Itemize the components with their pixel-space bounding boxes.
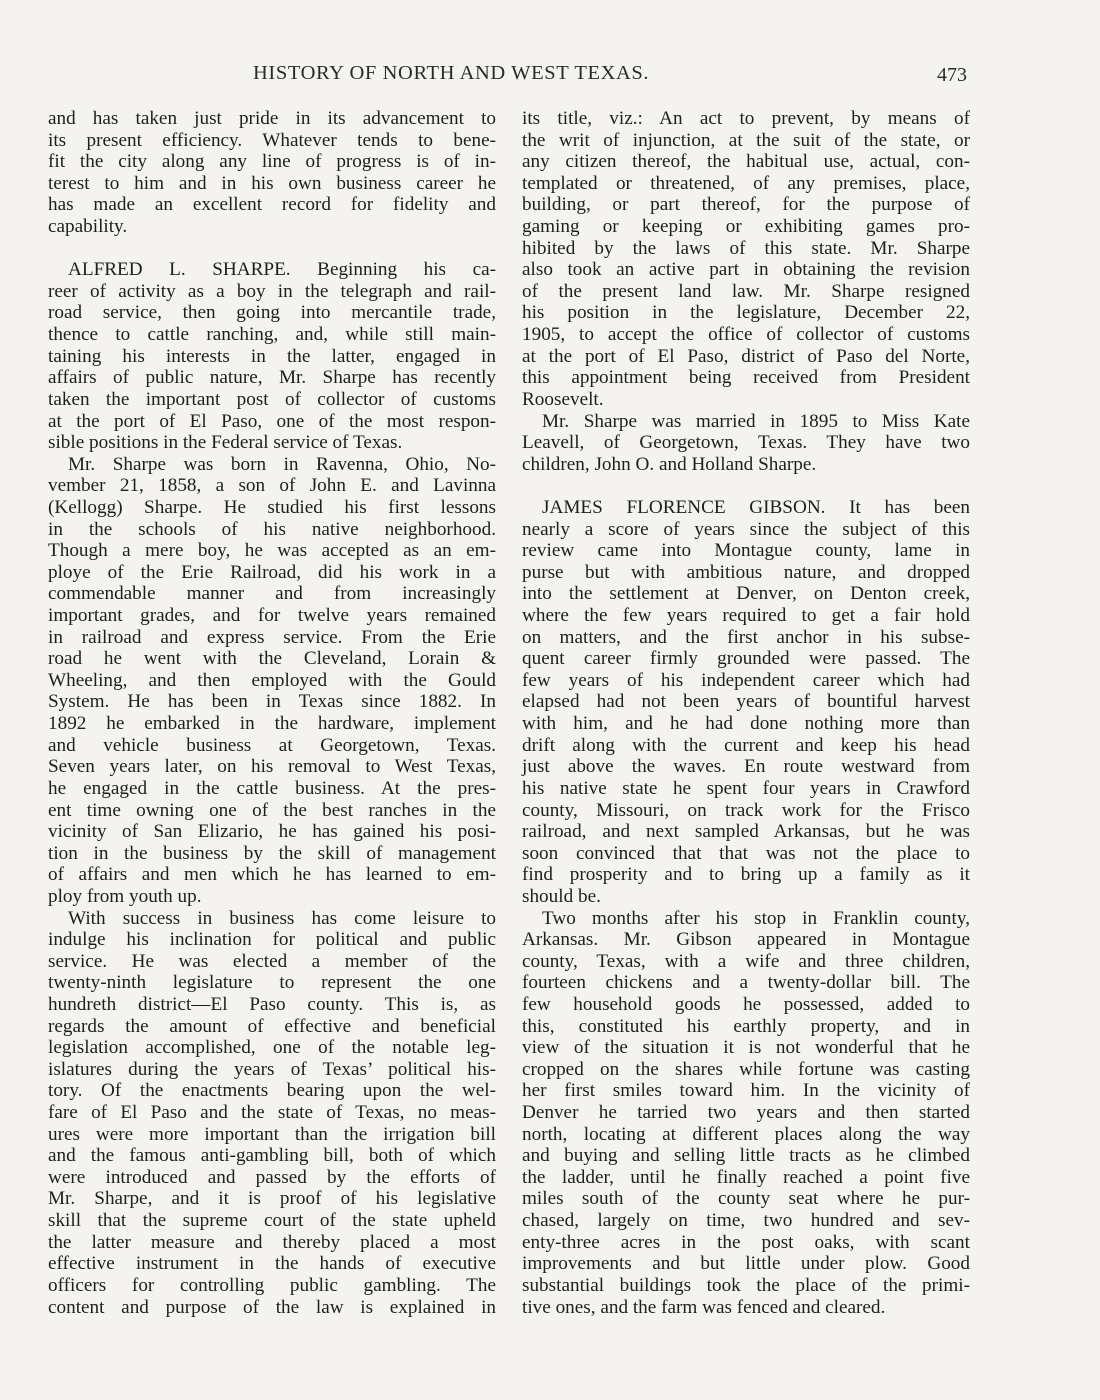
text-line: the writ of injunction, at the suit of t… bbox=[522, 130, 970, 152]
text-line: also took an active part in obtaining th… bbox=[522, 259, 970, 281]
text-line: Two months after his stop in Franklin co… bbox=[522, 908, 970, 930]
text-line: and buying and selling little tracts as … bbox=[522, 1145, 970, 1167]
running-title: HISTORY OF NORTH AND WEST TEXAS. bbox=[253, 62, 649, 85]
text-line: twenty-ninth legislature to represent th… bbox=[48, 972, 496, 994]
page-header: HISTORY OF NORTH AND WEST TEXAS. 473 bbox=[0, 62, 1100, 92]
text-line: service. He was elected a member of the bbox=[48, 951, 496, 973]
text-line: enty-three acres in the post oaks, with … bbox=[522, 1232, 970, 1254]
text-line: drift along with the current and keep hi… bbox=[522, 735, 970, 757]
text-line: (Kellogg) Sharpe. He studied his first l… bbox=[48, 497, 496, 519]
text-line: With success in business has come leisur… bbox=[48, 908, 496, 930]
text-line: vicinity of San Elizario, he has gained … bbox=[48, 821, 496, 843]
text-line: ALFRED L. SHARPE. Beginning his ca- bbox=[48, 259, 496, 281]
text-line: review came into Montague county, lame i… bbox=[522, 540, 970, 562]
text-line: into the settlement at Denver, on Denton… bbox=[522, 583, 970, 605]
text-line: sible positions in the Federal service o… bbox=[48, 432, 496, 454]
text-line: Roosevelt. bbox=[522, 389, 970, 411]
paragraph-gap bbox=[48, 238, 496, 260]
text-line: capability. bbox=[48, 216, 496, 238]
text-line: county, Missouri, on track work for the … bbox=[522, 800, 970, 822]
text-line: this appointment being received from Pre… bbox=[522, 367, 970, 389]
text-line: thence to cattle ranching, and, while st… bbox=[48, 324, 496, 346]
text-line: its title, viz.: An act to prevent, by m… bbox=[522, 108, 970, 130]
text-line: county, Texas, with a wife and three chi… bbox=[522, 951, 970, 973]
text-line: tory. Of the enactments bearing upon the… bbox=[48, 1080, 496, 1102]
text-line: officers for controlling public gambling… bbox=[48, 1275, 496, 1297]
text-line: road he went with the Cleveland, Lorain … bbox=[48, 648, 496, 670]
page-number: 473 bbox=[937, 64, 967, 87]
text-line: just above the waves. En route westward … bbox=[522, 756, 970, 778]
text-line: fit the city along any line of progress … bbox=[48, 151, 496, 173]
text-line: of the present land law. Mr. Sharpe resi… bbox=[522, 281, 970, 303]
text-line: 1892 he embarked in the hardware, implem… bbox=[48, 713, 496, 735]
text-line: building, or part thereof, for the purpo… bbox=[522, 194, 970, 216]
text-line: reer of activity as a boy in the telegra… bbox=[48, 281, 496, 303]
text-line: any citizen thereof, the habitual use, a… bbox=[522, 151, 970, 173]
paragraph-gap bbox=[522, 475, 970, 497]
text-line: few household goods he possessed, added … bbox=[522, 994, 970, 1016]
text-line: nearly a score of years since the subjec… bbox=[522, 519, 970, 541]
text-line: vember 21, 1858, a son of John E. and La… bbox=[48, 475, 496, 497]
text-line: terest to him and in his own business ca… bbox=[48, 173, 496, 195]
text-line: at the port of El Paso, one of the most … bbox=[48, 411, 496, 433]
text-line: tion in the business by the skill of man… bbox=[48, 843, 496, 865]
text-line: on matters, and the first anchor in his … bbox=[522, 627, 970, 649]
text-line: where the few years required to get a fa… bbox=[522, 605, 970, 627]
text-line: of affairs and men which he has learned … bbox=[48, 864, 496, 886]
text-line: her first smiles toward him. In the vici… bbox=[522, 1080, 970, 1102]
text-line: the latter measure and thereby placed a … bbox=[48, 1232, 496, 1254]
text-line: quent career firmly grounded were passed… bbox=[522, 648, 970, 670]
text-line: substantial buildings took the place of … bbox=[522, 1275, 970, 1297]
text-line: affairs of public nature, Mr. Sharpe has… bbox=[48, 367, 496, 389]
text-line: gaming or keeping or exhibiting games pr… bbox=[522, 216, 970, 238]
text-line: Leavell, of Georgetown, Texas. They have… bbox=[522, 432, 970, 454]
text-line: at the port of El Paso, district of Paso… bbox=[522, 346, 970, 368]
text-line: has made an excellent record for fidelit… bbox=[48, 194, 496, 216]
text-line: its present efficiency. Whatever tends t… bbox=[48, 130, 496, 152]
text-line: his native state he spent four years in … bbox=[522, 778, 970, 800]
text-line: taining his interests in the latter, eng… bbox=[48, 346, 496, 368]
text-line: improvements and but little under plow. … bbox=[522, 1253, 970, 1275]
text-line: and has taken just pride in its advancem… bbox=[48, 108, 496, 130]
text-line: Mr. Sharpe was married in 1895 to Miss K… bbox=[522, 411, 970, 433]
text-line: railroad, and next sampled Arkansas, but… bbox=[522, 821, 970, 843]
right-column: its title, viz.: An act to prevent, by m… bbox=[522, 108, 970, 1318]
text-line: regards the amount of effective and bene… bbox=[48, 1016, 496, 1038]
text-line: in railroad and express service. From th… bbox=[48, 627, 496, 649]
text-line: purse but with ambitious nature, and dro… bbox=[522, 562, 970, 584]
text-line: hibited by the laws of this state. Mr. S… bbox=[522, 238, 970, 260]
text-line: islatures during the years of Texas’ pol… bbox=[48, 1059, 496, 1081]
text-line: few years of his independent career whic… bbox=[522, 670, 970, 692]
text-line: System. He has been in Texas since 1882.… bbox=[48, 691, 496, 713]
text-line: his position in the legislature, Decembe… bbox=[522, 302, 970, 324]
text-line: and vehicle business at Georgetown, Texa… bbox=[48, 735, 496, 757]
text-line: Though a mere boy, he was accepted as an… bbox=[48, 540, 496, 562]
text-line: important grades, and for twelve years r… bbox=[48, 605, 496, 627]
text-line: hundreth district—El Paso county. This i… bbox=[48, 994, 496, 1016]
text-line: road service, then going into mercantile… bbox=[48, 302, 496, 324]
text-line: tive ones, and the farm was fenced and c… bbox=[522, 1297, 970, 1319]
text-line: ploy from youth up. bbox=[48, 886, 496, 908]
text-line: this, constituted his earthly property, … bbox=[522, 1016, 970, 1038]
text-line: in the schools of his native neighborhoo… bbox=[48, 519, 496, 541]
text-line: taken the important post of collector of… bbox=[48, 389, 496, 411]
text-line: should be. bbox=[522, 886, 970, 908]
text-line: were introduced and passed by the effort… bbox=[48, 1167, 496, 1189]
text-line: effective instrument in the hands of exe… bbox=[48, 1253, 496, 1275]
left-column: and has taken just pride in its advancem… bbox=[48, 108, 496, 1318]
text-line: commendable manner and from increasingly bbox=[48, 583, 496, 605]
text-line: templated or threatened, of any premises… bbox=[522, 173, 970, 195]
text-line: content and purpose of the law is explai… bbox=[48, 1297, 496, 1319]
text-line: fare of El Paso and the state of Texas, … bbox=[48, 1102, 496, 1124]
text-line: Arkansas. Mr. Gibson appeared in Montagu… bbox=[522, 929, 970, 951]
text-line: skill that the supreme court of the stat… bbox=[48, 1210, 496, 1232]
text-line: Seven years later, on his removal to Wes… bbox=[48, 756, 496, 778]
text-line: view of the situation it is not wonderfu… bbox=[522, 1037, 970, 1059]
text-line: Wheeling, and then employed with the Gou… bbox=[48, 670, 496, 692]
text-line: ent time owning one of the best ranches … bbox=[48, 800, 496, 822]
text-line: the ladder, until he finally reached a p… bbox=[522, 1167, 970, 1189]
text-line: cropped on the shares while fortune was … bbox=[522, 1059, 970, 1081]
text-line: legislation accomplished, one of the not… bbox=[48, 1037, 496, 1059]
text-line: north, locating at different places alon… bbox=[522, 1124, 970, 1146]
text-line: soon convinced that that was not the pla… bbox=[522, 843, 970, 865]
text-line: elapsed had not been years of bountiful … bbox=[522, 691, 970, 713]
text-line: chased, largely on time, two hundred and… bbox=[522, 1210, 970, 1232]
text-line: and the famous anti-gambling bill, both … bbox=[48, 1145, 496, 1167]
text-line: fourteen chickens and a twenty-dollar bi… bbox=[522, 972, 970, 994]
text-line: Mr. Sharpe, and it is proof of his legis… bbox=[48, 1188, 496, 1210]
text-line: 1905, to accept the office of collector … bbox=[522, 324, 970, 346]
text-line: Mr. Sharpe was born in Ravenna, Ohio, No… bbox=[48, 454, 496, 476]
text-line: Denver he tarried two years and then sta… bbox=[522, 1102, 970, 1124]
text-line: children, John O. and Holland Sharpe. bbox=[522, 454, 970, 476]
text-line: he engaged in the cattle business. At th… bbox=[48, 778, 496, 800]
text-line: ures were more important than the irriga… bbox=[48, 1124, 496, 1146]
text-line: JAMES FLORENCE GIBSON. It has been bbox=[522, 497, 970, 519]
text-line: indulge his inclination for political an… bbox=[48, 929, 496, 951]
text-line: find prosperity and to bring up a family… bbox=[522, 864, 970, 886]
text-line: ploye of the Erie Railroad, did his work… bbox=[48, 562, 496, 584]
text-line: with him, and he had done nothing more t… bbox=[522, 713, 970, 735]
text-line: miles south of the county seat where he … bbox=[522, 1188, 970, 1210]
